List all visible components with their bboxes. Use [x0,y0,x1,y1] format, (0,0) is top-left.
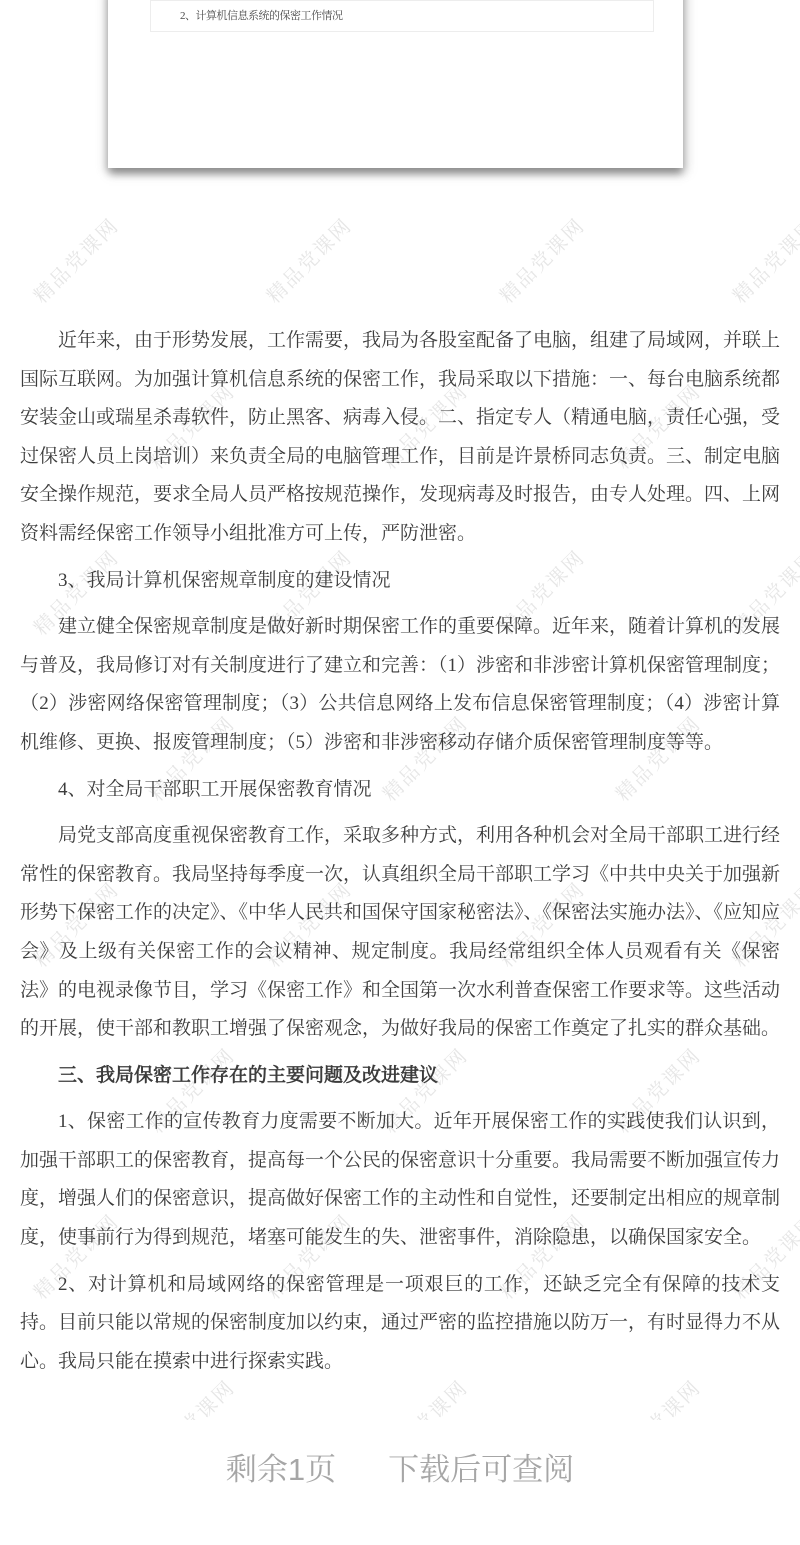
paragraph: 局党支部高度重视保密教育工作，采取多种方式，利用各种机会对全局干部职工进行经常性… [20,817,780,1049]
download-hint-label: 下载后可查阅 [388,1444,574,1489]
document-preview-page: 2、计算机信息系统的保密工作情况 精品党课网精品党课网精品党课网精品党课网精品党… [0,0,800,1545]
document-body: 近年来，由于形势发展，工作需要，我局为各股室配备了电脑，组建了局域网，并联上国际… [20,322,780,1389]
page-preview-card: 2、计算机信息系统的保密工作情况 [108,0,683,168]
remaining-pages-notice: 剩余1页 下载后可查阅 [0,1444,800,1489]
paragraph: 建立健全保密规章制度是做好新时期保密工作的重要保障。近年来，随着计算机的发展与普… [20,608,780,762]
paragraph: 1、保密工作的宣传教育力度需要不断加大。近年开展保密工作的实践使我们认识到，加强… [20,1103,780,1257]
paragraph: 4、对全局干部职工开展保密教育情况 [20,771,780,810]
paragraph: 近年来，由于形势发展，工作需要，我局为各股室配备了电脑，组建了局域网，并联上国际… [20,322,780,554]
remaining-pages-label: 剩余1页 [226,1444,336,1489]
paragraph: 3、我局计算机保密规章制度的建设情况 [20,562,780,601]
paragraph: 2、对计算机和局域网络的保密管理是一项艰巨的工作，还缺乏完全有保障的技术支持。目… [20,1266,780,1382]
watermark-text: 精品党课网 [492,210,590,308]
preview-card-heading: 2、计算机信息系统的保密工作情况 [180,7,343,23]
watermark-text: 精品党课网 [259,210,357,308]
section-heading: 三、我局保密工作存在的主要问题及改进建议 [20,1057,780,1096]
watermark-text: 精品党课网 [26,210,124,308]
watermark-text: 精品党课网 [725,210,800,308]
